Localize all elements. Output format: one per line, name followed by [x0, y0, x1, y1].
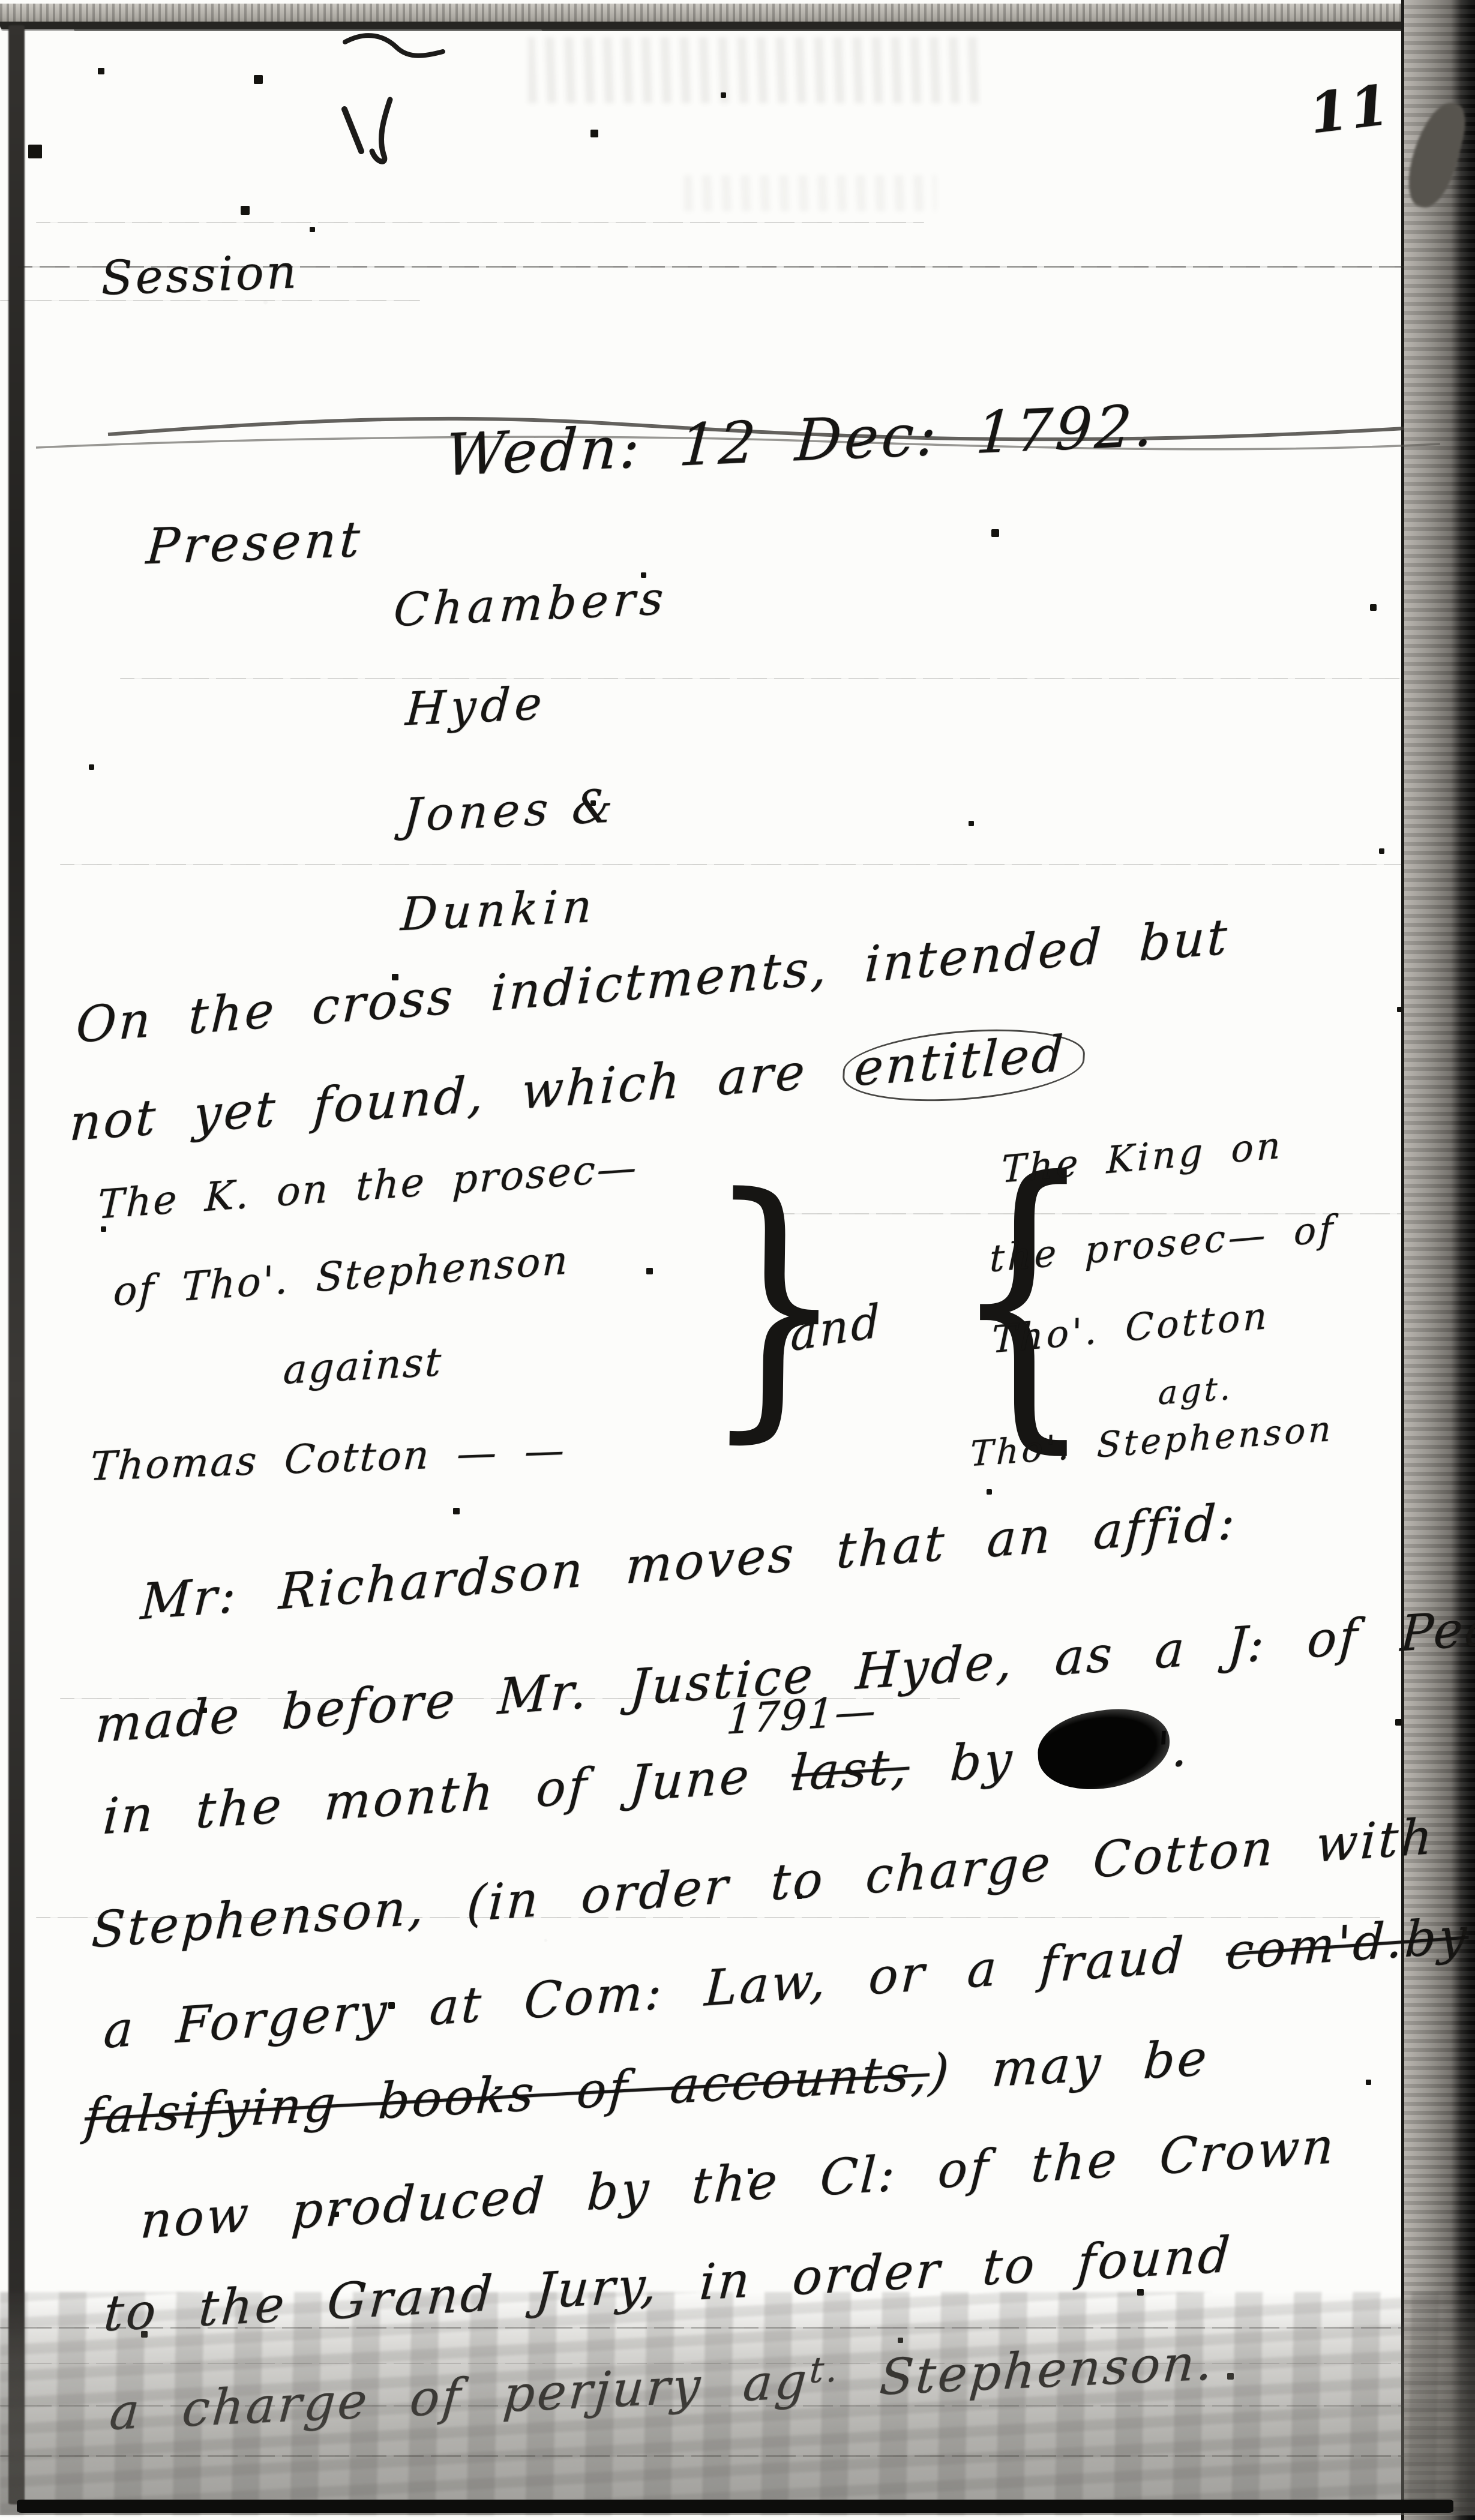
page-number: 11 — [1306, 72, 1395, 146]
present-name-hyde: Hyde — [404, 676, 548, 736]
left-edge-shadow — [8, 25, 25, 2504]
case-left-line-2: of Tho'. Stephenson — [113, 1237, 571, 1315]
case-left-line-1: The K. on the prosec— — [97, 1144, 639, 1228]
body-line-1: Mr: Richardson moves that an affid: — [139, 1493, 1239, 1631]
circled-word-entitled: entitled — [841, 1022, 1087, 1109]
body-line-3-mid: by — [908, 1729, 1057, 1795]
strikethrough-text-last: last, — [790, 1738, 912, 1802]
present-label: Present — [145, 511, 365, 576]
intro-line-2: not yet found, which are entitled — [68, 1024, 1087, 1153]
scan-artifact-line — [36, 222, 924, 223]
inserted-year-above-line: 1791— — [725, 1687, 878, 1744]
scan-artifact-line — [120, 678, 1404, 679]
body-line-6-text: ) may be — [928, 2030, 1211, 2102]
case-right-line-4: agt. — [1158, 1369, 1234, 1412]
ink-specks — [0, 0, 1, 1]
binding-edge — [1401, 0, 1475, 2520]
present-name-chambers: Chambers — [392, 571, 669, 637]
ink-blot-over-name: Tho'. — [1053, 1720, 1192, 1786]
strikethrough-text-falsifying: falsifying books of accounts, — [83, 2044, 931, 2146]
scan-artifact-line — [60, 864, 1404, 865]
top-edge-dark-line — [0, 22, 1475, 29]
manuscript-page: 11 Session Wedn: 12 Dec: 1792. Present C… — [0, 0, 1475, 2520]
top-edge-band — [0, 4, 1475, 23]
bottom-smudge-band — [0, 2292, 1475, 2515]
case-left-line-3: against — [282, 1339, 444, 1393]
bottom-edge-dark-line — [17, 2500, 1453, 2513]
margin-note-session: Session — [100, 245, 300, 305]
body-line-3-text: in the month of June — [101, 1745, 794, 1846]
intro-line-2-text: not yet found, which are — [68, 1041, 845, 1153]
present-name-dunkin: Dunkin — [399, 879, 598, 941]
bleedthrough-smudge — [528, 37, 984, 103]
bleedthrough-smudge — [684, 175, 936, 211]
case-left-line-4: Thomas Cotton — — — [89, 1427, 568, 1490]
date-heading: Wedn: 12 Dec: 1792. — [443, 392, 1158, 489]
present-name-jones: Jones & — [401, 779, 619, 842]
